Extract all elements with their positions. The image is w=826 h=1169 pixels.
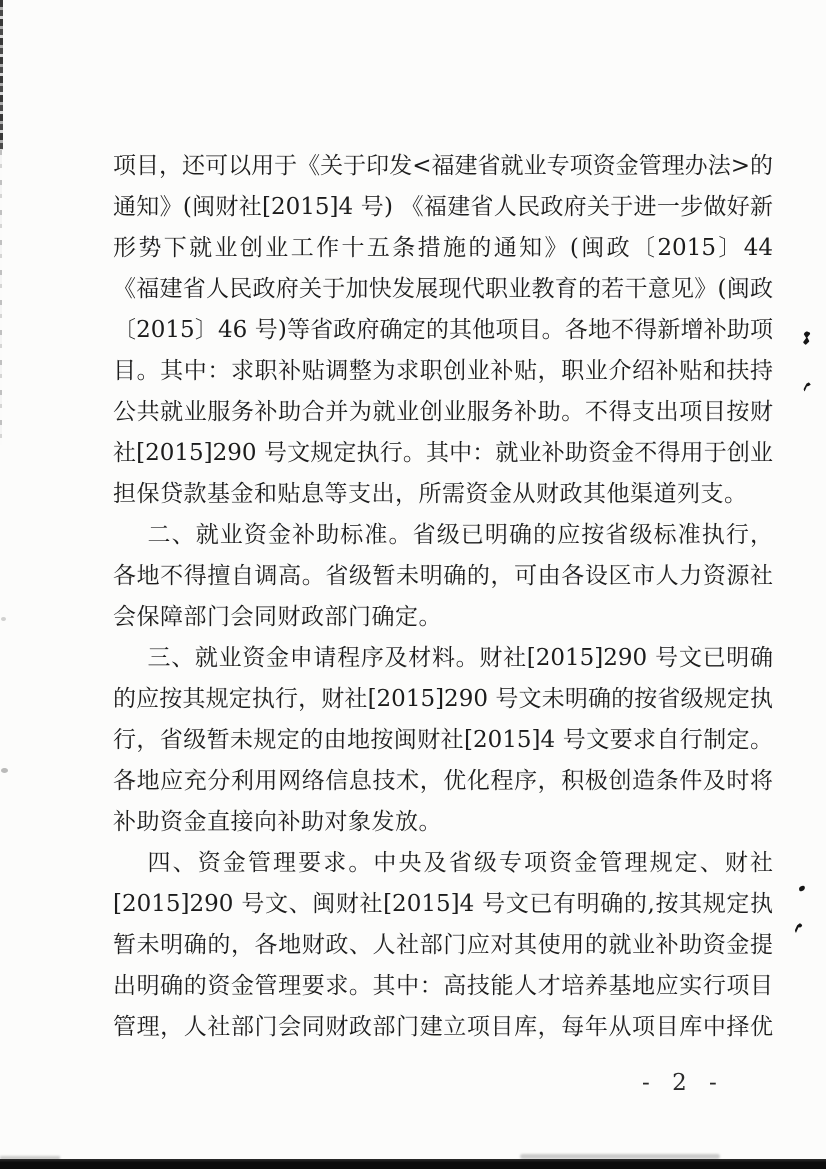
text-line: 四、资金管理要求。中央及省级专项资金管理规定、财社 [113,843,773,884]
ink-speck [802,330,811,345]
text-line: 各地应充分利用网络信息技术，优化程序，积极创造条件及时将 [113,761,773,802]
text-line: 三、就业资金申请程序及材料。财社[2015]290 号文已明确 [113,638,773,679]
text-line: 暂未明确的，各地财政、人社部门应对其使用的就业补助资金提 [113,925,773,966]
text-line: 各地不得擅自调高。省级暂未明确的，可由各设区市人力资源社 [113,556,773,597]
text-line: 《福建省人民政府关于加快发展现代职业教育的若干意见》(闽政 [113,269,773,310]
text-line: 通知》(闽财社[2015]4 号) 《福建省人民政府关于进一步做好新 [113,187,773,228]
text-line: 管理，人社部门会同财政部门建立项目库，每年从项目库中择优 [113,1007,773,1048]
text-line: 补助资金直接向补助对象发放。 [113,802,773,843]
text-line: 形势下就业创业工作十五条措施的通知》(闽政〔2015〕44 号)、 [113,228,773,269]
document-body: 项目，还可以用于《关于印发<福建省就业专项资金管理办法>的 通知》(闽财社[20… [113,146,773,1048]
text-line: 项目，还可以用于《关于印发<福建省就业专项资金管理办法>的 [113,146,773,187]
text-line: 目。其中：求职补贴调整为求职创业补贴，职业介绍补贴和扶持 [113,351,773,392]
paragraph-item-4: 四、资金管理要求。中央及省级专项资金管理规定、财社 [2015]290 号文、闽… [113,843,773,1048]
text-line: 担保贷款基金和贴息等支出，所需资金从财政其他渠道列支。 [113,474,773,515]
ink-speck [799,885,806,891]
text-line: 二、就业资金补助标准。省级已明确的应按省级标准执行， [113,515,773,556]
ink-speck [1,617,6,621]
ink-speck [803,381,812,392]
text-line: 公共就业服务补助合并为就业创业服务补助。不得支出项目按财 [113,392,773,433]
text-line: 行，省级暂未规定的由地按闽财社[2015]4 号文要求自行制定。 [113,720,773,761]
paragraph-item-3: 三、就业资金申请程序及材料。财社[2015]290 号文已明确 的应按其规定执行… [113,638,773,843]
ink-speck [1,768,8,773]
paragraph-item-2: 二、就业资金补助标准。省级已明确的应按省级标准执行， 各地不得擅自调高。省级暂未… [113,515,773,638]
scan-edge-artifact-left-lower [0,150,2,445]
ink-speck [794,922,804,934]
paragraph-continued: 项目，还可以用于《关于印发<福建省就业专项资金管理办法>的 通知》(闽财社[20… [113,146,773,515]
text-line: 出明确的资金管理要求。其中：高技能人才培养基地应实行项目 [113,966,773,1007]
scan-edge-artifact-left-top [0,0,3,150]
text-line: [2015]290 号文、闽财社[2015]4 号文已有明确的,按其规定执行。 [113,884,773,925]
page-number: - 2 - [642,1070,722,1096]
text-line: 会保障部门会同财政部门确定。 [113,597,773,638]
text-line: 的应按其规定执行，财社[2015]290 号文未明确的按省级规定执 [113,679,773,720]
text-line: 社[2015]290 号文规定执行。其中：就业补助资金不得用于创业 [113,433,773,474]
text-line: 〔2015〕46 号)等省政府确定的其他项目。各地不得新增补助项 [113,310,773,351]
scan-edge-artifact-bottom [0,1159,826,1169]
scanned-document-page: 项目，还可以用于《关于印发<福建省就业专项资金管理办法>的 通知》(闽财社[20… [0,0,826,1169]
